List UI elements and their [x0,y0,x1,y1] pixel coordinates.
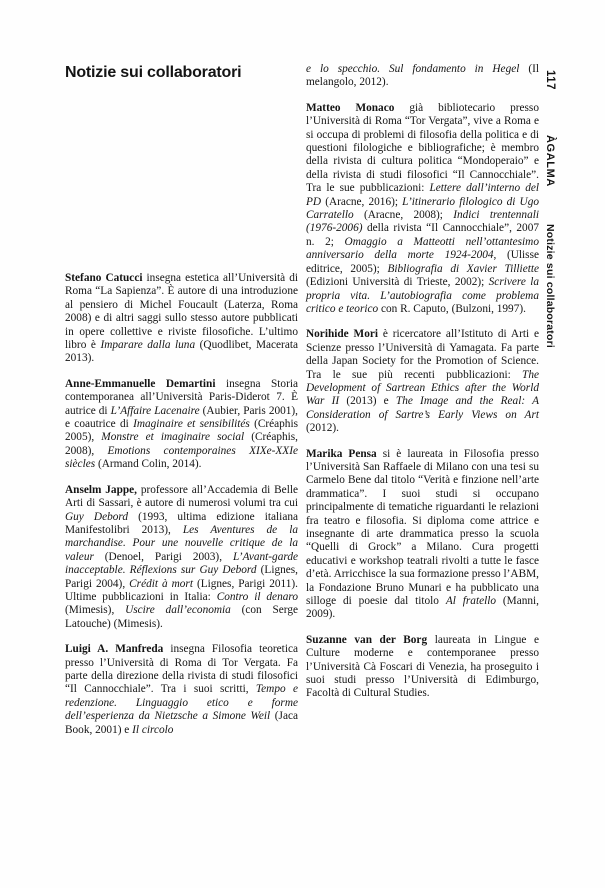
running-head-title: Notizie sui collaboratori [544,224,556,348]
paragraph-luigi-manfreda: Luigi A. Manfreda insegna Filosofia teor… [65,643,298,737]
paragraph-suzanne-van-der-borg: Suzanne van der Borg laureata in Lingue … [306,634,539,701]
paragraph-stefano-catucci: Stefano Catucci insegna estetica all’Uni… [65,272,298,366]
margin-running-head: 117 ÀGALMA Notizie sui collaboratori [544,70,556,348]
paragraph-anne-emmanuelle-demartini: Anne-Emmanuelle Demartini insegna Storia… [65,378,298,472]
journal-name: ÀGALMA [544,135,556,187]
page-content: Notizie sui collaboratori Stefano Catucc… [65,63,539,749]
book-page: Notizie sui collaboratori Stefano Catucc… [0,0,605,888]
right-column: e lo specchio. Sul fondamento in Hegel (… [306,63,539,749]
paragraph-continuation: e lo specchio. Sul fondamento in Hegel (… [306,63,539,90]
paragraph-norihide-mori: Norihide Mori è ricercatore all’Istituto… [306,328,539,435]
page-number: 117 [544,70,556,90]
paragraph-anselm-jappe: Anselm Jappe, professore all’Accademia d… [65,484,298,631]
left-column: Notizie sui collaboratori Stefano Catucc… [65,63,298,749]
page-title: Notizie sui collaboratori [65,63,298,83]
paragraph-matteo-monaco: Matteo Monaco già bibliotecario presso l… [306,102,539,317]
paragraph-marika-pensa: Marika Pensa si è laureata in Filosofia … [306,448,539,622]
